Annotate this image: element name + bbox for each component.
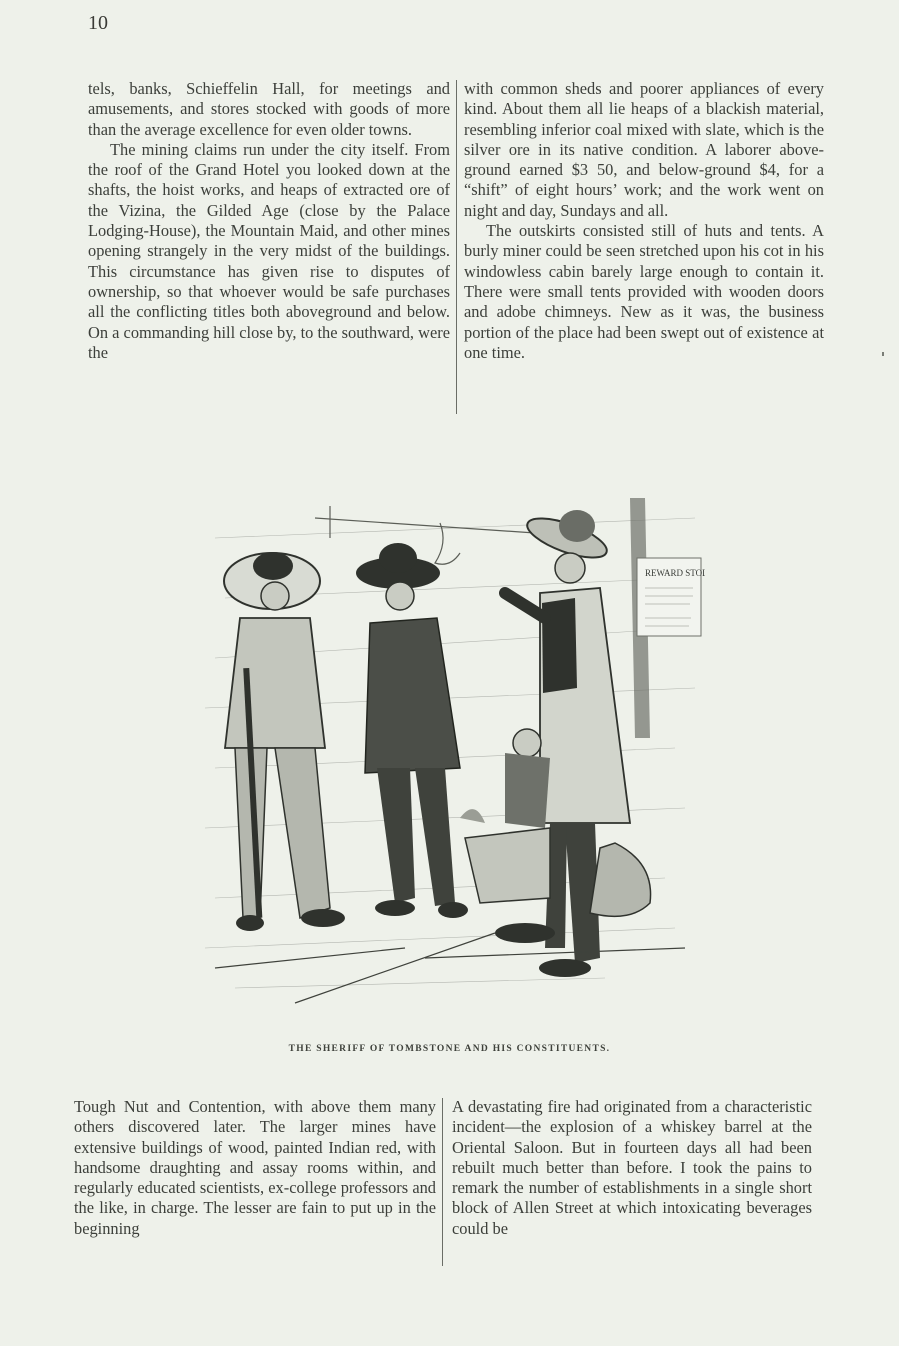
paragraph: with common sheds and poorer appliances … (464, 79, 824, 221)
page-number: 10 (88, 12, 108, 35)
margin-speck (882, 352, 884, 356)
svg-text:REWARD STOLEN: REWARD STOLEN (645, 568, 705, 578)
bottom-right-text-column: A devastating fire had originated from a… (452, 1097, 812, 1239)
paragraph: Tough Nut and Contention, with above the… (74, 1097, 436, 1239)
paragraph: tels, banks, Schieffelin Hall, for meeti… (88, 79, 450, 140)
engraving-illustration: REWARD STOLEN (205, 478, 705, 1006)
sheriff-engraving-image: REWARD STOLEN (205, 478, 705, 1006)
bottom-left-text-column: Tough Nut and Contention, with above the… (74, 1097, 436, 1239)
paragraph: The outskirts consisted still of huts an… (464, 221, 824, 363)
top-left-text-column: tels, banks, Schieffelin Hall, for meeti… (88, 79, 450, 363)
top-right-text-column: with common sheds and poorer appliances … (464, 79, 824, 363)
paragraph: The mining claims run under the city its… (88, 140, 450, 363)
paragraph: A devastating fire had originated from a… (452, 1097, 812, 1239)
column-divider (456, 80, 457, 414)
illustration-caption: THE SHERIFF OF TOMBSTONE AND HIS CONSTIT… (0, 1044, 899, 1054)
column-divider (442, 1098, 443, 1266)
